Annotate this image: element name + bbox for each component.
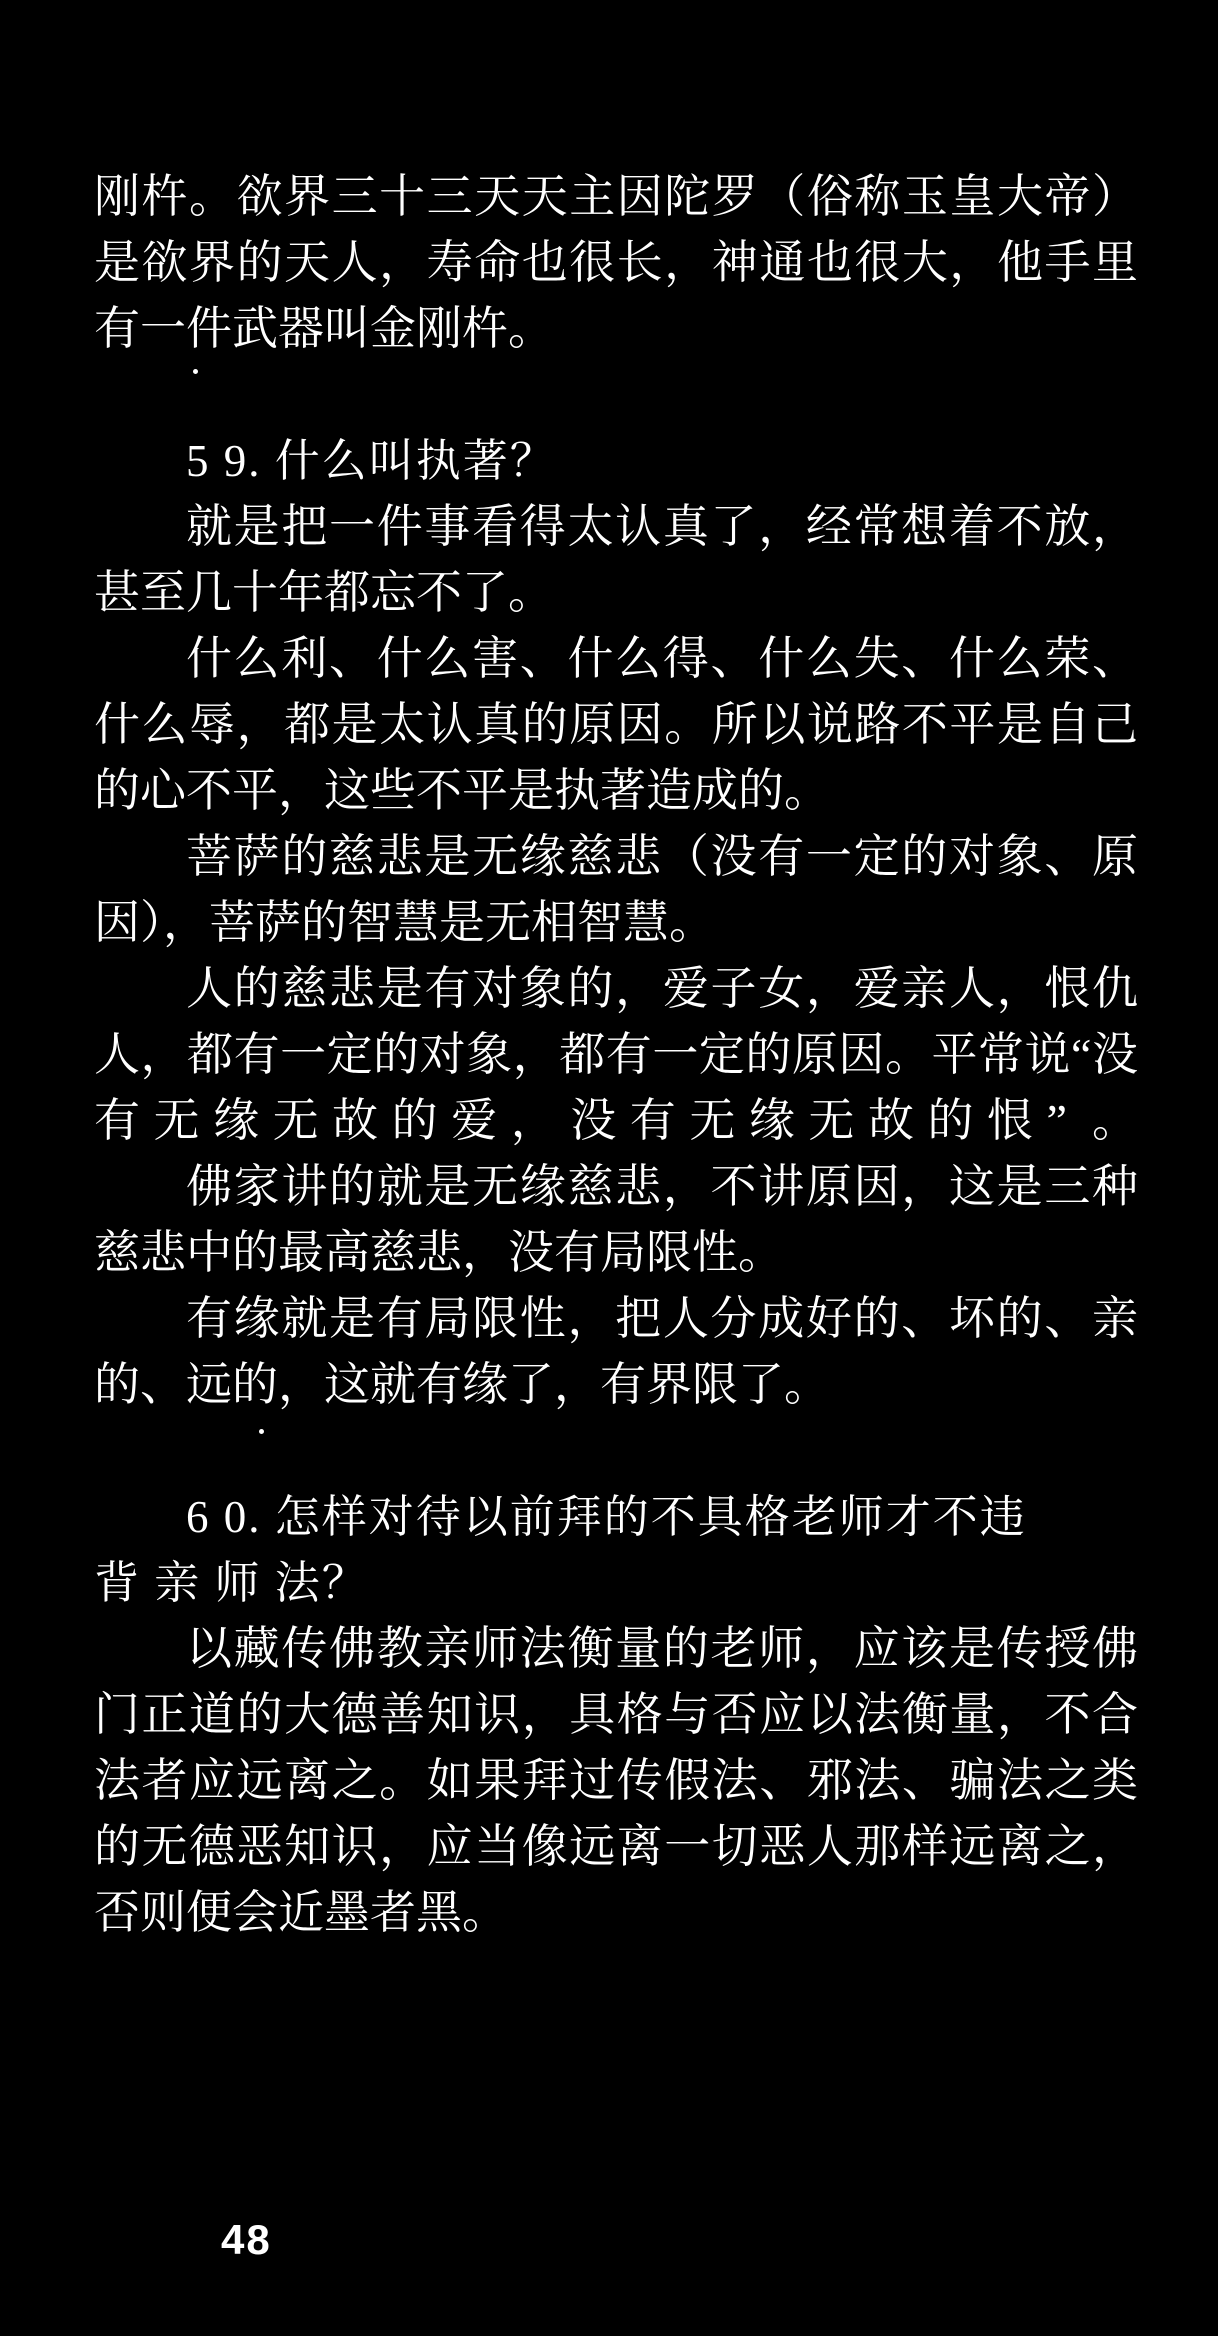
- text-line: 人的慈悲是有对象的，爱子女，爱亲人，恨仇: [94, 956, 1138, 1022]
- section-heading-59: 5 9. 什么叫执著？: [94, 428, 1138, 494]
- paragraph: 以藏传佛教亲师法衡量的老师，应该是传授佛 门正道的大德善知识，具格与否应以法衡量…: [94, 1616, 1138, 1946]
- text-line: 有一件武器叫金刚杵。: [94, 296, 1138, 362]
- text-line: 什么辱，都是太认真的原因。所以说路不平是自己: [94, 692, 1138, 758]
- paragraph: 有缘就是有局限性，把人分成好的、坏的、亲 的、远的，这就有缘了，有界限了。: [94, 1286, 1138, 1418]
- text-line: 否则便会近墨者黑。: [94, 1880, 1138, 1946]
- section-heading-60: 6 0. 怎样对待以前拜的不具格老师才不违 背 亲 师 法？: [94, 1484, 1138, 1616]
- scan-artifact-dot: [259, 1429, 264, 1434]
- text-line: 的心不平，这些不平是执著造成的。: [94, 758, 1138, 824]
- text-line: 人，都有一定的对象，都有一定的原因。平常说“没: [94, 1022, 1138, 1088]
- text-line: 刚杵。欲界三十三天天主因陀罗（俗称玉皇大帝）: [94, 164, 1138, 230]
- text-line: 门正道的大德善知识，具格与否应以法衡量，不合: [94, 1682, 1138, 1748]
- heading-line: 6 0. 怎样对待以前拜的不具格老师才不违: [94, 1484, 1138, 1550]
- paragraph: 菩萨的慈悲是无缘慈悲（没有一定的对象、原 因），菩萨的智慧是无相智慧。: [94, 824, 1138, 956]
- paragraph-continuation: 刚杵。欲界三十三天天主因陀罗（俗称玉皇大帝） 是欲界的天人，寿命也很长，神通也很…: [94, 164, 1138, 362]
- text-line: 因），菩萨的智慧是无相智慧。: [94, 890, 1138, 956]
- text-line: 慈悲中的最高慈悲，没有局限性。: [94, 1220, 1138, 1286]
- text-line: 有缘就是有局限性，把人分成好的、坏的、亲: [94, 1286, 1138, 1352]
- page-number: 48: [221, 2216, 272, 2264]
- paragraph: 就是把一件事看得太认真了，经常想着不放， 甚至几十年都忘不了。: [94, 494, 1138, 626]
- text-line: 以藏传佛教亲师法衡量的老师，应该是传授佛: [94, 1616, 1138, 1682]
- text-line: 什么利、什么害、什么得、什么失、什么荣、: [94, 626, 1138, 692]
- text-line: 的无德恶知识，应当像远离一切恶人那样远离之，: [94, 1814, 1138, 1880]
- text-line: 法者应远离之。如果拜过传假法、邪法、骗法之类: [94, 1748, 1138, 1814]
- book-page: 刚杵。欲界三十三天天主因陀罗（俗称玉皇大帝） 是欲界的天人，寿命也很长，神通也很…: [0, 0, 1218, 2336]
- paragraph: 人的慈悲是有对象的，爱子女，爱亲人，恨仇 人，都有一定的对象，都有一定的原因。平…: [94, 956, 1138, 1154]
- scan-artifact-dot: [193, 369, 198, 374]
- text-line: 是欲界的天人，寿命也很长，神通也很大，他手里: [94, 230, 1138, 296]
- text-line: 佛家讲的就是无缘慈悲，不讲原因，这是三种: [94, 1154, 1138, 1220]
- text-line: 就是把一件事看得太认真了，经常想着不放，: [94, 494, 1138, 560]
- text-line: 甚至几十年都忘不了。: [94, 560, 1138, 626]
- page-text-column: 刚杵。欲界三十三天天主因陀罗（俗称玉皇大帝） 是欲界的天人，寿命也很长，神通也很…: [0, 0, 1218, 1946]
- paragraph: 佛家讲的就是无缘慈悲，不讲原因，这是三种 慈悲中的最高慈悲，没有局限性。: [94, 1154, 1138, 1286]
- text-line: 的、远的，这就有缘了，有界限了。: [94, 1352, 1138, 1418]
- heading-line: 5 9. 什么叫执著？: [94, 428, 1138, 494]
- text-line: 有无缘无故的爱，没有无缘无故的恨” 。: [94, 1088, 1138, 1154]
- heading-line: 背 亲 师 法？: [94, 1550, 1138, 1616]
- text-line: 菩萨的慈悲是无缘慈悲（没有一定的对象、原: [94, 824, 1138, 890]
- paragraph: 什么利、什么害、什么得、什么失、什么荣、 什么辱，都是太认真的原因。所以说路不平…: [94, 626, 1138, 824]
